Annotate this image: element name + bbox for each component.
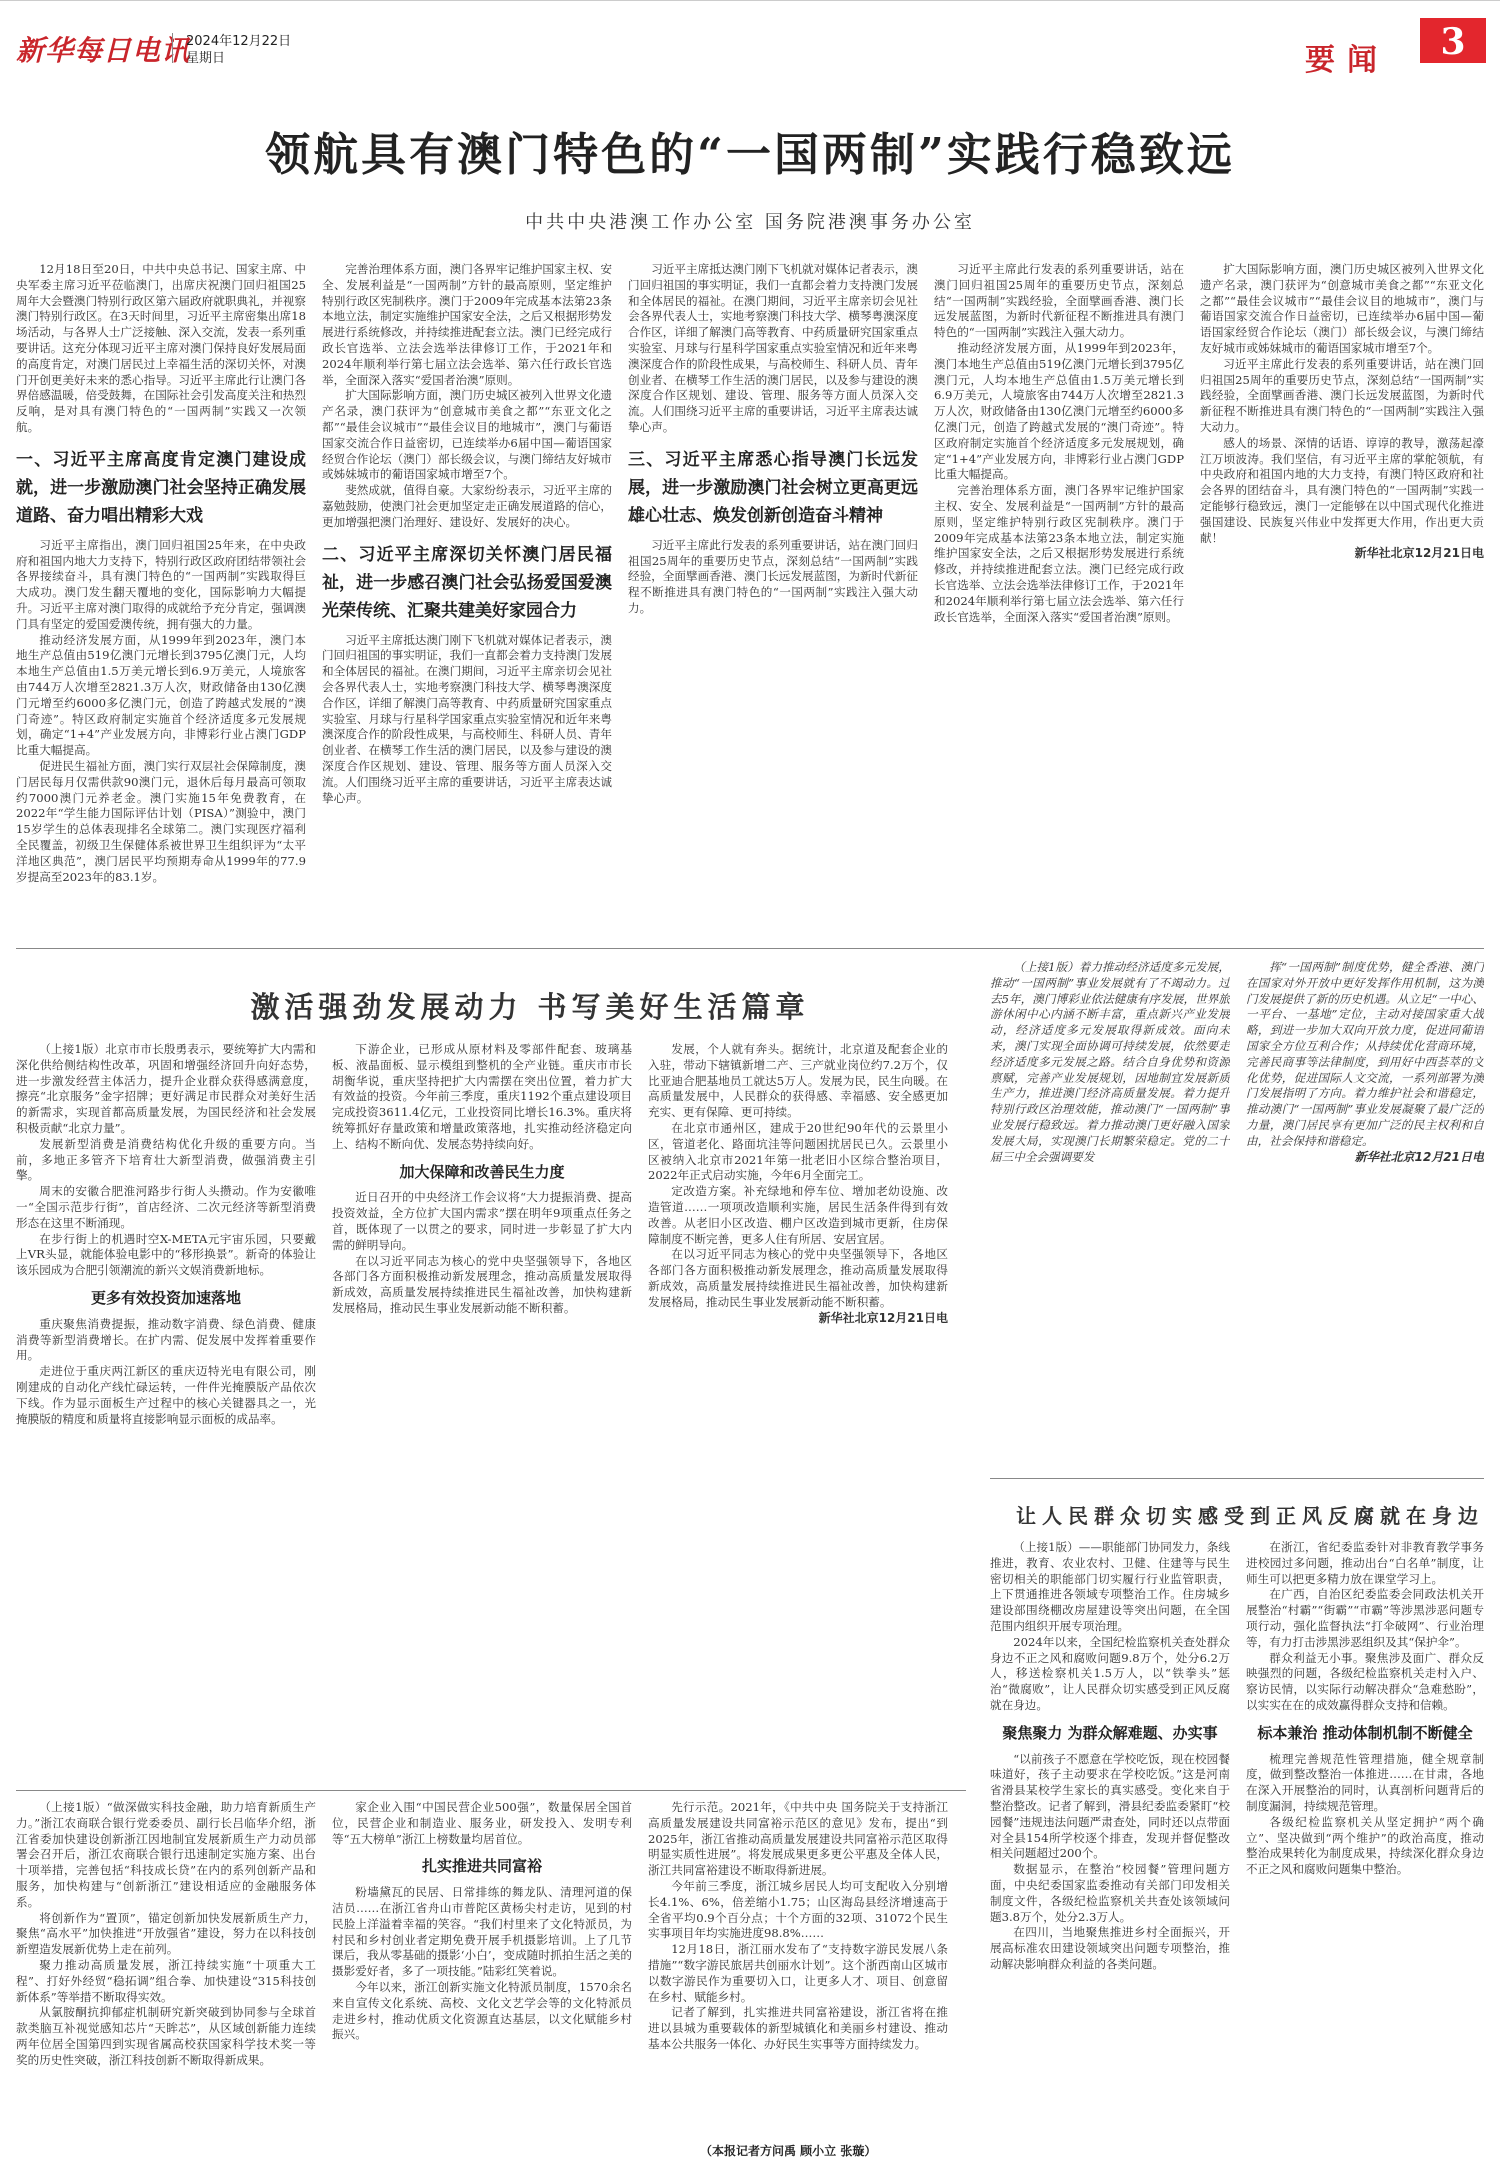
section-divider <box>16 1790 966 1791</box>
article-paragraph: 发展，个人就有奔头。据统计，北京道及配套企业的入驻，带动下辖镇新增二产、三产就业… <box>648 1042 948 1121</box>
continued-article-column-1: （上接1版）着力推动经济适度多元发展，推动“一国两制”事业发展就有了不竭动力。过… <box>990 960 1230 1460</box>
article4-column-1: （上接1版）“做深做实科技金融，助力培育新质生产力。”浙江农商联合银行党委委员、… <box>16 1800 316 2170</box>
masthead-divider <box>172 33 173 63</box>
continued-article-column-2: 挥“一国两制”制度优势，健全香港、澳门在国家对外开放中更好发挥作用机制，这为澳门… <box>1246 960 1484 1460</box>
masthead: 新华每日电讯 2024年12月22日 星期日 要闻 3 <box>0 0 1500 62</box>
article1-column-2: 完善治理体系方面，澳门各界牢记维护国家主权、安全、发展利益是“一国两制”方针的最… <box>322 262 612 952</box>
article-paragraph: “以前孩子不愿意在学校吃饭，现在校园餐味道好，孩子主动要求在学校吃饭。”这是河南… <box>990 1752 1230 1863</box>
article-dateline: 新华社北京12月21日电 <box>648 1311 948 1327</box>
article-paragraph: 记者了解到，扎实推进共同富裕建设，浙江省将在推进以县城为重要载体的新型城镇化和美… <box>648 2005 948 2052</box>
article-paragraph: 先行示范。2021年，《中共中央 国务院关于支持浙江高质量发展建设共同富裕示范区… <box>648 1800 948 1879</box>
article-paragraph: 粉墙黛瓦的民居、日常排练的舞龙队、清理河道的保洁员……在浙江省舟山市普陀区黄杨尖… <box>332 1885 632 1980</box>
article-paragraph: 习近平主席此行发表的系列重要讲话，站在澳门回归祖国25周年的重要历史节点，深刻总… <box>628 538 918 617</box>
subheading: 聚焦聚力 为群众解难题、办实事 <box>990 1726 1230 1742</box>
article-paragraph: 在广西，自治区纪委监委会同政法机关开展整治“村霸”“街霸”“市霸”等涉黑涉恶问题… <box>1246 1587 1484 1650</box>
section-heading: 二、习近平主席深切关怀澳门居民福祉，进一步感召澳门社会弘扬爱国爱澳光荣传统、汇聚… <box>322 541 612 625</box>
article-paragraph: 发展新型消费是消费结构优化升级的重要方向。当前，多地正多管齐下培育壮大新型消费，… <box>16 1137 316 1184</box>
article-paragraph: 在浙江，省纪委监委针对非教育教学事务进校园过多问题，推动出台“白名单”制度，让师… <box>1246 1540 1484 1587</box>
article-dateline: 新华社北京12月21日电 <box>1200 546 1484 562</box>
section-name: 要闻 <box>1305 35 1389 79</box>
article-paragraph: （上接1版）着力推动经济适度多元发展，推动“一国两制”事业发展就有了不竭动力。过… <box>990 960 1230 1165</box>
article-paragraph: 梳理完善规范性管理措施，健全规章制度，做到整改整治一体推进……在甘肃，各地在深入… <box>1246 1752 1484 1815</box>
article-paragraph: 各级纪检监察机关从坚定拥护“两个确立”、坚决做到“两个维护”的政治高度，推动整治… <box>1246 1815 1484 1878</box>
article-paragraph: 重庆聚焦消费提振，推动数字消费、绿色消费、健康消费等新型消费增长。在扩内需、促发… <box>16 1317 316 1364</box>
article-paragraph: 下游企业，已形成从原材料及零部件配套、玻璃基板、液晶面板、显示模组到整机的全产业… <box>332 1042 632 1153</box>
article-paragraph: 感人的场景、深情的话语、谆谆的教导，激荡起濠江万顷波涛。我们坚信，有习近平主席的… <box>1200 436 1484 547</box>
article1-column-3: 习近平主席抵达澳门刚下飞机就对媒体记者表示，澳门回归祖国的事实明证，我们一直都会… <box>628 262 918 952</box>
article1-column-1: 12月18日至20日，中共中央总书记、国家主席、中央军委主席习近平莅临澳门，出席… <box>16 262 306 952</box>
article-paragraph: 走进位于重庆两江新区的重庆迈特光电有限公司，刚刚建成的自动化产线忙碌运转，一件件… <box>16 1364 316 1427</box>
article-paragraph: 群众利益无小事。聚焦涉及面广、群众反映强烈的问题，各级纪检监察机关走村入户、察访… <box>1246 1651 1484 1714</box>
issue-weekday: 星期日 <box>186 50 291 67</box>
article-paragraph: 今年以来，浙江创新实施文化特派员制度，1570余名来自宣传文化系统、高校、文化文… <box>332 1980 632 2043</box>
reporter-byline: （本报记者方问禹 顾小立 张璇） <box>700 2142 876 2159</box>
article-paragraph: （上接1版）“做深做实科技金融，助力培育新质生产力。”浙江农商联合银行党委委员、… <box>16 1800 316 1911</box>
article-paragraph: 定改造方案。补充绿地和停车位、增加老幼设施、改造管道……一项项改造顺利实施，居民… <box>648 1184 948 1247</box>
article-paragraph: 扩大国际影响方面，澳门历史城区被列入世界文化遗产名录，澳门获评为“创意城市美食之… <box>322 388 612 483</box>
article-paragraph: 12月18日，浙江丽水发布了“支持数字游民发展八条措施”“数字游民旅居共创丽水计… <box>648 1942 948 2005</box>
article-paragraph: 扩大国际影响方面，澳门历史城区被列入世界文化遗产名录，澳门获评为“创意城市美食之… <box>1200 262 1484 357</box>
section-divider <box>16 948 1484 949</box>
subheading: 扎实推进共同富裕 <box>332 1859 632 1875</box>
article3-column-1: （上接1版）——职能部门协同发力，条线推进，教育、农业农村、卫健、住建等与民生密… <box>990 1540 1230 2140</box>
article-paragraph: 在以习近平同志为核心的党中央坚强领导下，各地区各部门各方面积极推动新发展理念，推… <box>332 1254 632 1317</box>
article-paragraph: 周末的安徽合肥淮河路步行街人头攒动。作为安徽唯一“全国示范步行街”，首店经济、二… <box>16 1184 316 1231</box>
article-headline: 领航具有澳门特色的“一国两制”实践行稳致远 <box>100 118 1400 183</box>
article-paragraph: 2024年以来，全国纪检监察机关查处群众身边不正之风和腐败问题9.8万个，处分6… <box>990 1635 1230 1714</box>
article2-column-2: 下游企业，已形成从原材料及零部件配套、玻璃基板、液晶面板、显示模组到整机的全产业… <box>332 1042 632 1782</box>
subheading: 更多有效投资加速落地 <box>16 1291 316 1307</box>
article-headline: 激活强劲发展动力 书写美好生活篇章 <box>100 985 960 1026</box>
article-byline: 中共中央港澳工作办公室 国务院港澳事务办公室 <box>100 208 1400 234</box>
article4-column-2: 家企业入围“中国民营企业500强”，数量保居全国首位，民营企业和制造业、服务业，… <box>332 1800 632 2170</box>
article-paragraph: 从氯胺酮抗抑郁症机制研究新突破到协同参与全球首款类脑互补视觉感知芯片“天眸芯”，… <box>16 2005 316 2068</box>
article-dateline: 新华社北京12月21日电 <box>1246 1150 1484 1166</box>
article2-column-3: 发展，个人就有奔头。据统计，北京道及配套企业的入驻，带动下辖镇新增二产、三产就业… <box>648 1042 948 1782</box>
article-paragraph: 斐然成就，值得自豪。大家纷纷表示，习近平主席的嘉勉鼓励，使澳门社会更加坚定走正确… <box>322 483 612 530</box>
issue-date-block: 2024年12月22日 星期日 <box>186 33 291 67</box>
section-heading: 一、习近平主席高度肯定澳门建设成就，进一步激励澳门社会坚持正确发展道路、奋力唱出… <box>16 446 306 530</box>
article-paragraph: 习近平主席此行发表的系列重要讲话，站在澳门回归祖国25周年的重要历史节点，深刻总… <box>934 262 1184 341</box>
newspaper-logo: 新华每日电讯 <box>16 29 190 69</box>
issue-date: 2024年12月22日 <box>186 33 291 50</box>
article4-column-3: 先行示范。2021年，《中共中央 国务院关于支持浙江高质量发展建设共同富裕示范区… <box>648 1800 948 2140</box>
article-paragraph: 习近平主席指出，澳门回归祖国25年来，在中央政府和祖国内地大力支持下，特别行政区… <box>16 538 306 633</box>
article-paragraph: （上接1版）——职能部门协同发力，条线推进，教育、农业农村、卫健、住建等与民生密… <box>990 1540 1230 1635</box>
article-paragraph: 家企业入围“中国民营企业500强”，数量保居全国首位，民营企业和制造业、服务业，… <box>332 1800 632 1847</box>
section-heading: 三、习近平主席悉心指导澳门长远发展，进一步激励澳门社会树立更高更远雄心壮志、焕发… <box>628 446 918 530</box>
article-paragraph: 在步行街上的机遇时空X-META元宇宙乐园，只要戴上VR头显，就能体验电影中的“… <box>16 1232 316 1279</box>
article-headline: 让人民群众切实感受到正风反腐就在身边 <box>1000 1500 1500 1529</box>
article3-column-2: 在浙江，省纪委监委针对非教育教学事务进校园过多问题，推动出台“白名单”制度，让师… <box>1246 1540 1484 2170</box>
article-paragraph: 近日召开的中央经济工作会议将“大力提振消费、提高投资效益，全方位扩大国内需求”摆… <box>332 1190 632 1253</box>
article1-column-4: 习近平主席此行发表的系列重要讲话，站在澳门回归祖国25周年的重要历史节点，深刻总… <box>934 262 1184 952</box>
article-paragraph: 习近平主席抵达澳门刚下飞机就对媒体记者表示，澳门回归祖国的事实明证，我们一直都会… <box>628 262 918 436</box>
article-paragraph: 完善治理体系方面，澳门各界牢记维护国家主权、安全、发展利益是“一国两制”方针的最… <box>934 483 1184 625</box>
page-number-badge: 3 <box>1420 18 1486 63</box>
article1-column-5: 扩大国际影响方面，澳门历史城区被列入世界文化遗产名录，澳门获评为“创意城市美食之… <box>1200 262 1484 952</box>
article-paragraph: 今年前三季度，浙江城乡居民人均可支配收入分别增长4.1%、6%，倍差缩小1.75… <box>648 1879 948 1942</box>
subheading: 标本兼治 推动体制机制不断健全 <box>1246 1726 1484 1742</box>
article-paragraph: （上接1版）北京市市长殷勇表示，要统筹扩大内需和深化供给侧结构性改革，巩固和增强… <box>16 1042 316 1137</box>
article2-column-1: （上接1版）北京市市长殷勇表示，要统筹扩大内需和深化供给侧结构性改革，巩固和增强… <box>16 1042 316 1782</box>
article-paragraph: 聚力推动高质量发展，浙江持续实施“十项重大工程”、打好外经贸“稳拓调”组合拳、加… <box>16 1958 316 2005</box>
article-paragraph: 促进民生福祉方面，澳门实行双层社会保障制度，澳门居民每月仅需供款90澳门元，退休… <box>16 759 306 885</box>
article-paragraph: 习近平主席此行发表的系列重要讲话，站在澳门回归祖国25周年的重要历史节点，深刻总… <box>1200 357 1484 436</box>
article-paragraph: 将创新作为“置顶”，锚定创新加快发展新质生产力，聚焦“高水平”加快推进“开放强省… <box>16 1911 316 1958</box>
article-paragraph: 在北京市通州区，建成于20世纪90年代的云景里小区，管道老化、路面坑洼等问题困扰… <box>648 1121 948 1184</box>
article-paragraph: 在以习近平同志为核心的党中央坚强领导下，各地区各部门各方面积极推动新发展理念，推… <box>648 1247 948 1310</box>
article-paragraph: 完善治理体系方面，澳门各界牢记维护国家主权、安全、发展利益是“一国两制”方针的最… <box>322 262 612 388</box>
article-paragraph: 推动经济发展方面，从1999年到2023年，澳门本地生产总值由519亿澳门元增长… <box>16 633 306 759</box>
article-paragraph: 习近平主席抵达澳门刚下飞机就对媒体记者表示，澳门回归祖国的事实明证，我们一直都会… <box>322 633 612 807</box>
article-paragraph: 挥“一国两制”制度优势，健全香港、澳门在国家对外开放中更好发挥作用机制，这为澳门… <box>1246 960 1484 1150</box>
article-paragraph: 推动经济发展方面，从1999年到2023年，澳门本地生产总值由519亿澳门元增长… <box>934 341 1184 483</box>
article-paragraph: 在四川，当地聚焦推进乡村全面振兴，开展高标准农田建设领域突出问题专项整治，推动解… <box>990 1925 1230 1972</box>
article-paragraph: 数据显示，在整治“校园餐”管理问题方面，中央纪委国家监委推动有关部门印发相关制度… <box>990 1862 1230 1925</box>
section-divider <box>990 1478 1484 1479</box>
article-paragraph: 12月18日至20日，中共中央总书记、国家主席、中央军委主席习近平莅临澳门，出席… <box>16 262 306 436</box>
subheading: 加大保障和改善民生力度 <box>332 1165 632 1181</box>
